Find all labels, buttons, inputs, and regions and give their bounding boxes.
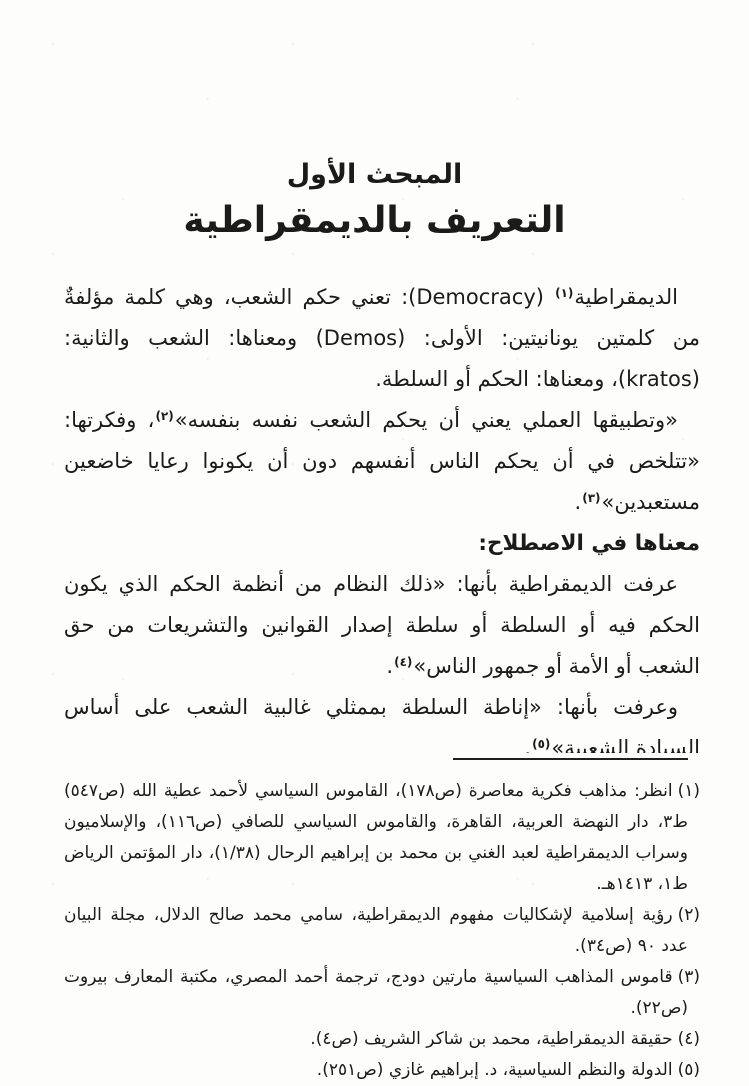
section-title: المبحث الأول bbox=[0, 158, 749, 192]
footnote-text: الدولة والنظم السياسية، د. إبراهيم غازي … bbox=[317, 1060, 673, 1080]
quote-text: عرفت الديمقراطية بأنها: «ذلك النظام من أ… bbox=[64, 572, 700, 678]
sentence-end: . bbox=[575, 490, 582, 514]
footnote-item: (١)انظر: مذاهب فكرية معاصرة (ص١٧٨)، القا… bbox=[64, 776, 700, 900]
footnote-marker: (٥) bbox=[678, 1060, 700, 1080]
term-democracy: الديمقراطية bbox=[574, 285, 678, 309]
footnote-marker: (١) bbox=[678, 781, 700, 801]
subheading-terminological-meaning: معناها في الاصطلاح: bbox=[64, 523, 700, 564]
sentence-end: . bbox=[524, 736, 531, 753]
section-subtitle: التعريف بالديمقراطية bbox=[0, 198, 749, 243]
paragraph-practical-application: «وتطبيقها العملي يعني أن يحكم الشعب نفسه… bbox=[64, 400, 700, 523]
footnote-item: (٥)الدولة والنظم السياسية، د. إبراهيم غا… bbox=[64, 1055, 700, 1086]
footnote-ref-2: (٢) bbox=[155, 409, 173, 423]
footnote-area: (١)انظر: مذاهب فكرية معاصرة (ص١٧٨)، القا… bbox=[64, 758, 700, 1086]
footnote-separator-rule bbox=[453, 758, 688, 760]
footnote-item: (٢)رؤية إسلامية لإشكاليات مفهوم الديمقرا… bbox=[64, 900, 700, 962]
footnote-ref-3: (٣) bbox=[582, 491, 600, 505]
footnote-text: رؤية إسلامية لإشكاليات مفهوم الديمقراطية… bbox=[64, 905, 688, 956]
quote-text: وعرفت بأنها: «إناطة السلطة بممثلي غالبية… bbox=[64, 695, 700, 753]
page-content: الديمقراطية(١) (Democracy): تعني حكم الش… bbox=[0, 277, 749, 753]
paragraph-definition-2: وعرفت بأنها: «إناطة السلطة بممثلي غالبية… bbox=[64, 687, 700, 753]
footnote-item: (٣)قاموس المذاهب السياسية مارتين دودج، ت… bbox=[64, 962, 700, 1024]
body-text: الديمقراطية(١) (Democracy): تعني حكم الش… bbox=[64, 277, 700, 753]
footnote-marker: (٤) bbox=[678, 1029, 700, 1049]
footnote-ref-5: (٥) bbox=[532, 737, 550, 751]
paragraph-lexical-definition: الديمقراطية(١) (Democracy): تعني حكم الش… bbox=[64, 277, 700, 400]
footnote-item: (٤)حقيقة الديمقراطية، محمد بن شاكر الشري… bbox=[64, 1024, 700, 1055]
footnote-ref-1: (١) bbox=[555, 286, 573, 300]
footnote-text: انظر: مذاهب فكرية معاصرة (ص١٧٨)، القاموس… bbox=[64, 781, 688, 894]
footnote-text: حقيقة الديمقراطية، محمد بن شاكر الشريف (… bbox=[310, 1029, 672, 1049]
footnote-marker: (٣) bbox=[678, 967, 700, 987]
quote-text: «وتطبيقها العملي يعني أن يحكم الشعب نفسه… bbox=[175, 408, 678, 432]
paragraph-definition-1: عرفت الديمقراطية بأنها: «ذلك النظام من أ… bbox=[64, 564, 700, 687]
sentence-end: . bbox=[386, 654, 393, 678]
footnote-marker: (٢) bbox=[678, 905, 700, 925]
footnote-text: قاموس المذاهب السياسية مارتين دودج، ترجم… bbox=[64, 967, 688, 1018]
footnote-ref-4: (٤) bbox=[394, 655, 412, 669]
book-page: المبحث الأول التعريف بالديمقراطية الديمق… bbox=[0, 0, 749, 1086]
section-header: المبحث الأول التعريف بالديمقراطية bbox=[0, 0, 749, 243]
footnote-list: (١)انظر: مذاهب فكرية معاصرة (ص١٧٨)، القا… bbox=[64, 776, 700, 1086]
